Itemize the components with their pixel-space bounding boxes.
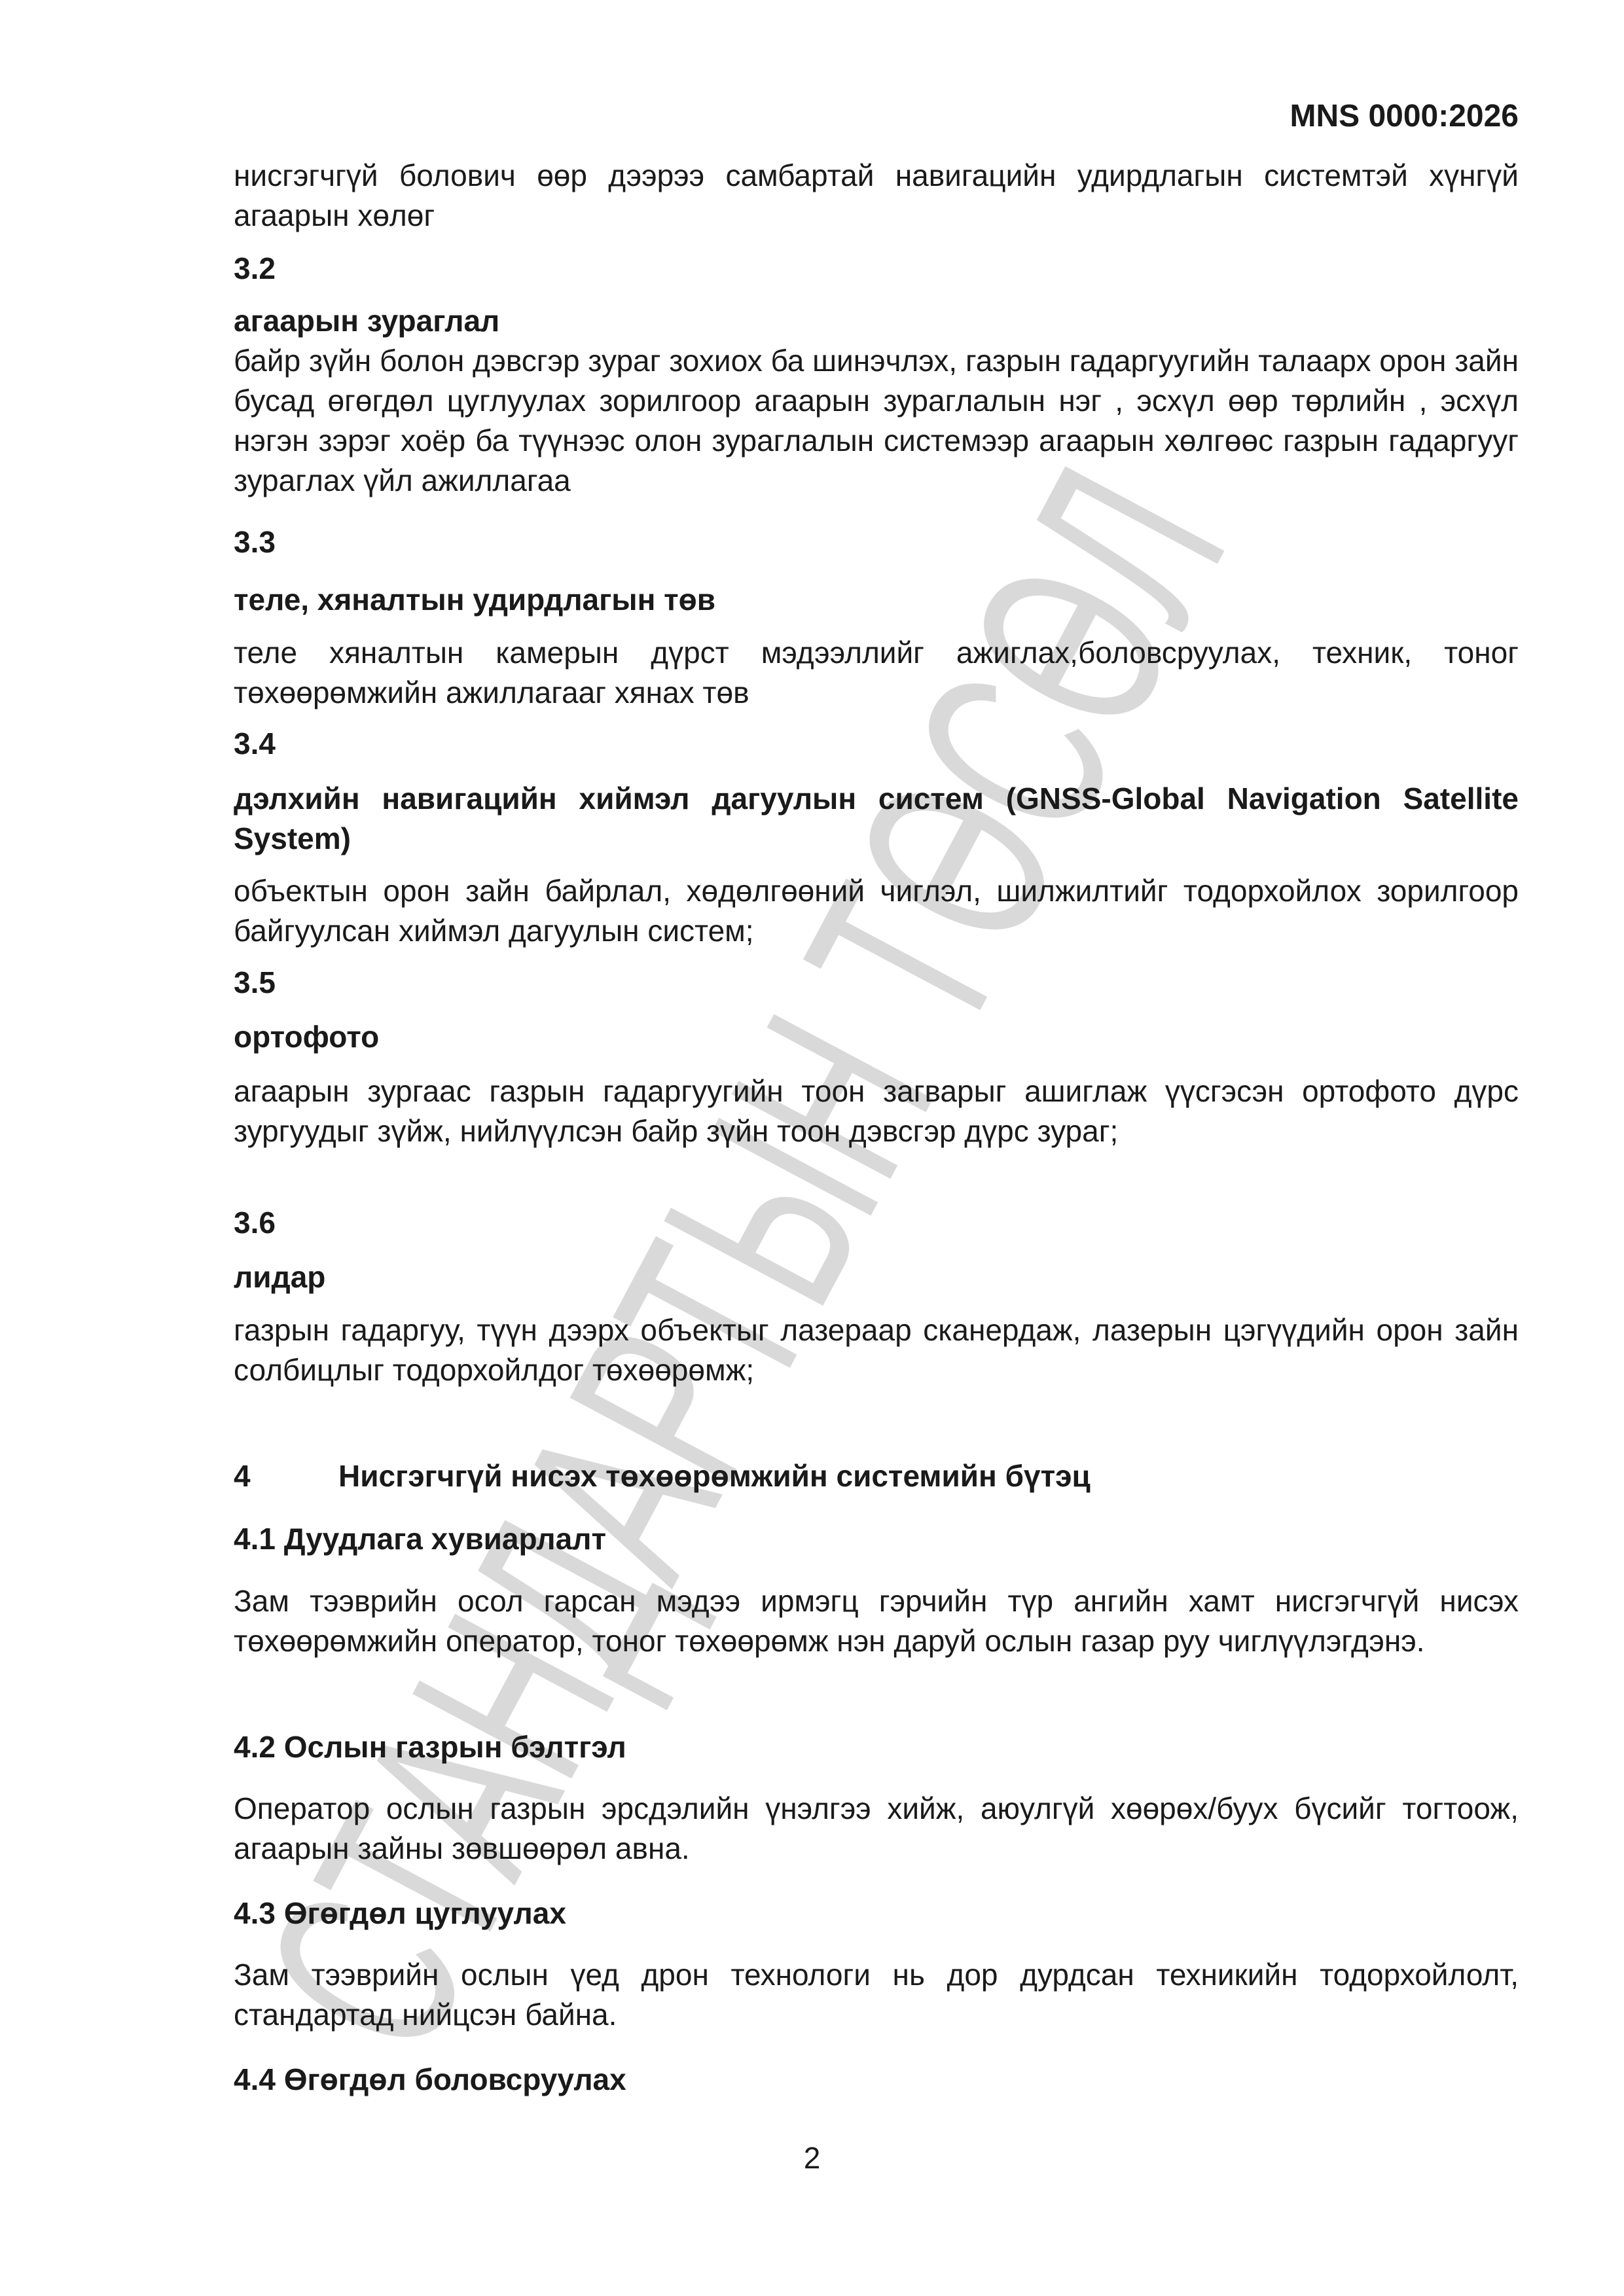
subsection-heading: 4.3 Өгөгдөл цуглуулах — [234, 1893, 1519, 1933]
term-definition: объектын орон зайн байрлал, хөдөлгөөний … — [234, 871, 1519, 951]
term-number: 3.4 — [234, 724, 1519, 764]
section-title: Нисгэгчгүй нисэх төхөөрөмжийн системийн … — [338, 1459, 1091, 1493]
subsection-body: Зам тээврийн осол гарсан мэдээ ирмэгц гэ… — [234, 1581, 1519, 1661]
term-title: теле, хяналтын удирдлагын төв — [234, 580, 1519, 620]
continued-definition: нисгэгчгүй болович өөр дээрээ самбартай … — [234, 156, 1519, 236]
document-code: MNS 0000:2026 — [1290, 98, 1519, 134]
term-number: 3.3 — [234, 522, 1519, 562]
term-definition: теле хяналтын камерын дүрст мэдээллийг а… — [234, 633, 1519, 713]
term-definition: агаарын зургаас газрын гадаргуугийн тоон… — [234, 1071, 1519, 1151]
section-heading: 4Нисгэгчгүй нисэх төхөөрөмжийн системийн… — [234, 1456, 1519, 1496]
term-title: лидар — [234, 1257, 1519, 1297]
subsection-heading: 4.2 Ослын газрын бэлтгэл — [234, 1727, 1519, 1767]
subsection-heading: 4.4 Өгөгдөл боловсруулах — [234, 2060, 1519, 2100]
subsection-body: Оператор ослын газрын эрсдэлийн үнэлгээ … — [234, 1789, 1519, 1869]
term-title: агаарын зураглал — [234, 301, 1519, 341]
term-number: 3.2 — [234, 249, 1519, 289]
term-definition: газрын гадаргуу, түүн дээрх объектыг лаз… — [234, 1310, 1519, 1390]
subsection-body: Зам тээврийн ослын үед дрон технологи нь… — [234, 1955, 1519, 2035]
subsection-heading: 4.1 Дуудлага хувиарлалт — [234, 1519, 1519, 1559]
term-number: 3.6 — [234, 1203, 1519, 1243]
section-number: 4 — [234, 1456, 338, 1496]
term-title: дэлхийн навигацийн хиймэл дагуулын систе… — [234, 779, 1519, 859]
term-title: ортофото — [234, 1017, 1519, 1057]
page-number: 2 — [0, 2140, 1624, 2176]
term-number: 3.5 — [234, 963, 1519, 1003]
term-definition: байр зүйн болон дэвсгэр зураг зохиох ба … — [234, 341, 1519, 501]
